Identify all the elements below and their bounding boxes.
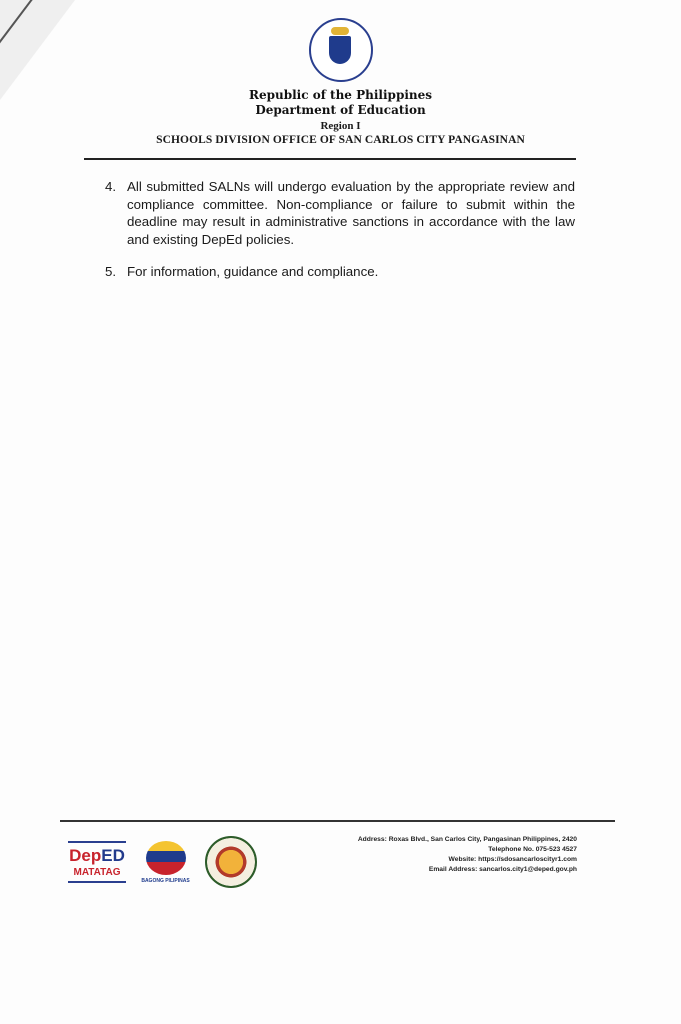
address-line: Address: Roxas Blvd., San Carlos City, P… xyxy=(358,835,577,845)
office-line: SCHOOLS DIVISION OFFICE OF SAN CARLOS CI… xyxy=(0,133,681,147)
email-line: Email Address: sancarlos.city1@deped.gov… xyxy=(358,865,577,875)
item-number: 4. xyxy=(105,178,127,248)
list-item: 5. For information, guidance and complia… xyxy=(105,263,575,281)
department-line: Department of Education xyxy=(0,103,681,118)
division-seal-icon xyxy=(205,836,257,888)
contact-info: Address: Roxas Blvd., San Carlos City, P… xyxy=(358,835,577,875)
website-line: Website: https://sdosancarloscityr1.com xyxy=(358,855,577,865)
list-item: 4. All submitted SALNs will undergo eval… xyxy=(105,178,575,248)
item-text: All submitted SALNs will undergo evaluat… xyxy=(127,178,575,248)
item-text: For information, guidance and compliance… xyxy=(127,263,575,281)
letterhead: Republic of the Philippines Department o… xyxy=(0,18,681,147)
memo-body: 4. All submitted SALNs will undergo eval… xyxy=(105,178,575,296)
sun-icon xyxy=(146,841,186,875)
footer-divider xyxy=(60,820,615,822)
header-divider xyxy=(84,158,576,160)
shield-icon xyxy=(329,36,351,64)
bagong-pilipinas-logo: BAGONG PILIPINAS xyxy=(138,841,193,884)
torch-icon xyxy=(331,27,349,35)
telephone-line: Telephone No. 075-523 4527 xyxy=(358,845,577,855)
deped-seal-icon xyxy=(309,18,373,82)
footer-logos: DepED MATATAG BAGONG PILIPINAS xyxy=(68,832,257,892)
item-number: 5. xyxy=(105,263,127,281)
region-line: Region I xyxy=(0,119,681,133)
deped-matatag-logo: DepED MATATAG xyxy=(68,841,126,883)
republic-line: Republic of the Philippines xyxy=(0,88,681,103)
